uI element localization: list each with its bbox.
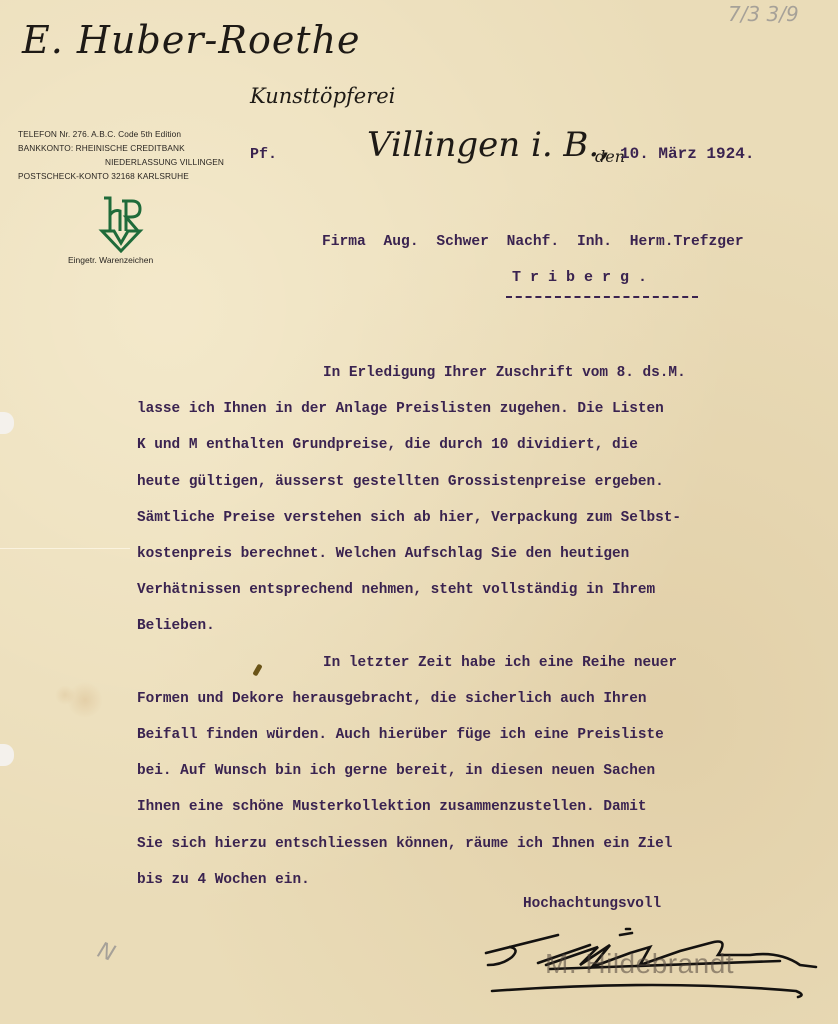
- body-line: Beifall finden würden. Auch hierüber füg…: [137, 717, 827, 753]
- watermark-text: M. Hildebrandt: [545, 948, 734, 980]
- body-line: In Erledigung Ihrer Zuschrift vom 8. ds.…: [137, 355, 827, 391]
- recipient-line: Firma Aug. Schwer Nachf. Inh. Herm.Trefz…: [322, 234, 744, 250]
- recipient-city: Triberg.: [512, 269, 656, 286]
- body-line: bei. Auf Wunsch bin ich gerne bereit, in…: [137, 753, 827, 789]
- trademark-caption: Eingetr. Warenzeichen: [68, 255, 153, 265]
- body-line: lasse ich Ihnen in der Anlage Preisliste…: [137, 391, 827, 427]
- body-line: Verhätnissen entsprechend nehmen, steht …: [137, 572, 827, 608]
- contact-block: TELEFON Nr. 276. A.B.C. Code 5th Edition…: [18, 127, 224, 183]
- trademark-logo-icon: [98, 195, 144, 253]
- reference-initials: Pf.: [250, 146, 277, 163]
- body-line: heute gültigen, äusserst gestellten Gros…: [137, 464, 827, 500]
- body-line: Sie sich hierzu entschliessen können, rä…: [137, 826, 827, 862]
- letter-date: 10. März 1924.: [620, 145, 754, 163]
- body-line: kostenpreis berechnet. Welchen Aufschlag…: [137, 536, 827, 572]
- pencil-note-bottom: N: [94, 938, 118, 967]
- contact-bank: BANKKONTO: RHEINISCHE CREDITBANK: [18, 141, 224, 155]
- body-line: In letzter Zeit habe ich eine Reihe neue…: [137, 645, 827, 681]
- pencil-note-top: 7/3 3/9: [728, 2, 799, 26]
- body-line: Formen und Dekore herausgebracht, die si…: [137, 681, 827, 717]
- letter-place: Villingen i. B.,: [367, 125, 610, 165]
- contact-phone: TELEFON Nr. 276. A.B.C. Code 5th Edition: [18, 127, 224, 141]
- recipient-city-underline: [506, 296, 698, 298]
- letter-body: In Erledigung Ihrer Zuschrift vom 8. ds.…: [137, 355, 827, 898]
- body-line: bis zu 4 Wochen ein.: [137, 862, 827, 898]
- body-line: K und M enthalten Grundpreise, die durch…: [137, 427, 827, 463]
- body-line: Sämtliche Preise verstehen sich ab hier,…: [137, 500, 827, 536]
- body-line: Ihnen eine schöne Musterkollektion zusam…: [137, 789, 827, 825]
- punch-hole: [0, 744, 14, 766]
- contact-branch: NIEDERLASSUNG VILLINGEN: [18, 155, 224, 169]
- company-trade: Kunsttöpferei: [250, 84, 395, 108]
- company-name: E. Huber-Roethe: [22, 18, 361, 62]
- contact-postal-account: POSTSCHECK-KONTO 32168 KARLSRUHE: [18, 169, 224, 183]
- body-line: Belieben.: [137, 608, 827, 644]
- paper-fold-crease: [0, 548, 130, 549]
- closing-salutation: Hochachtungsvoll: [523, 896, 661, 912]
- punch-hole: [0, 412, 14, 434]
